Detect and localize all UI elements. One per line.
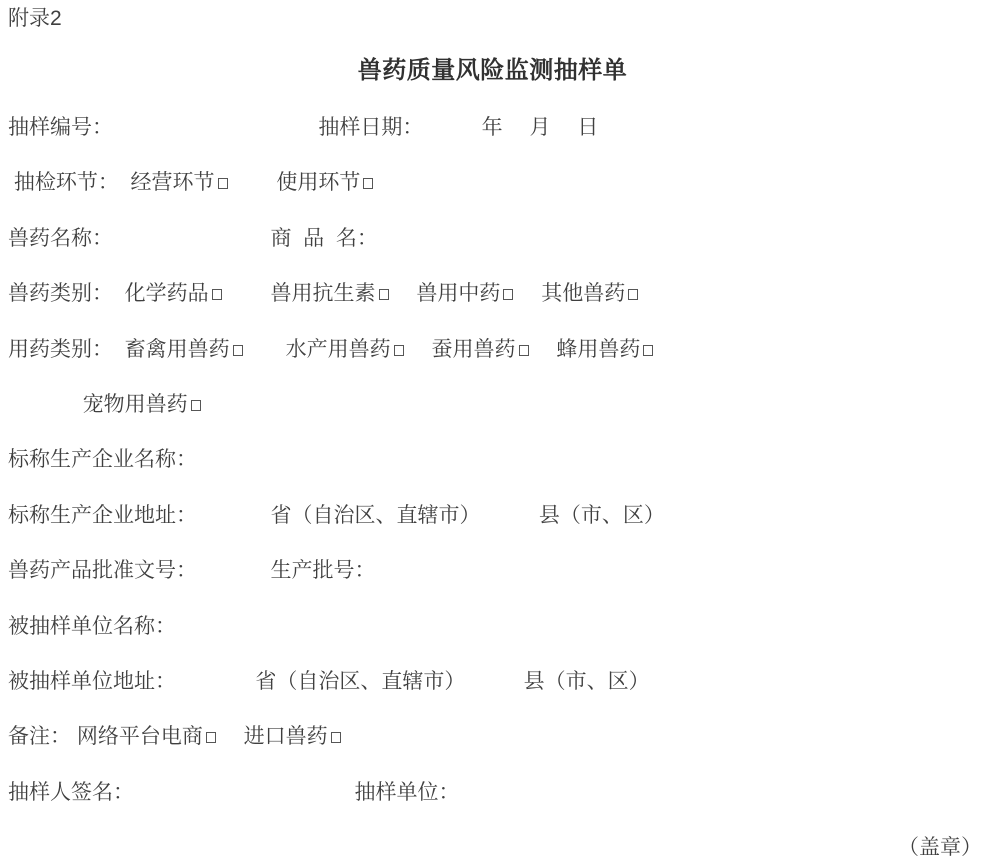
form-text: 水产用兽药 xyxy=(244,338,391,361)
form-text: 抽样编号： 抽样日期： 年 月 日 xyxy=(8,116,598,139)
line-labeled-manufacturer-address: 标称生产企业地址： 省（自治区、直辖市） 县（市、区） xyxy=(8,503,665,529)
checkbox-icon xyxy=(363,178,373,189)
form-text: 用药类别： 畜禽用兽药 xyxy=(8,338,230,361)
form-text: 抽样人签名： 抽样单位： xyxy=(8,781,460,804)
form-text: 其他兽药 xyxy=(514,282,625,305)
stamp-note: （盖章） xyxy=(898,835,982,861)
checkbox-icon xyxy=(218,178,228,189)
form-text: 兽药名称： 商 品 名： xyxy=(8,227,378,250)
checkbox-icon xyxy=(503,289,513,300)
form-text: 标称生产企业名称： xyxy=(8,448,197,471)
page-title: 兽药质量风险监测抽样单 xyxy=(0,57,985,85)
checkbox-icon xyxy=(379,289,389,300)
checkbox-icon xyxy=(191,400,201,411)
line-labeled-manufacturer-name: 标称生产企业名称： xyxy=(8,447,197,473)
appendix-label: 附录2 xyxy=(8,6,62,32)
form-text: 进口兽药 xyxy=(217,725,328,748)
line-sampled-unit-address: 被抽样单位地址： 省（自治区、直辖市） 县（市、区） xyxy=(8,669,650,695)
checkbox-icon xyxy=(519,345,529,356)
line-sample-number-and-date: 抽样编号： 抽样日期： 年 月 日 xyxy=(8,115,598,141)
checkbox-icon xyxy=(233,345,243,356)
form-text: 被抽样单位名称： xyxy=(8,615,176,638)
line-sampler-signature-and-unit: 抽样人签名： 抽样单位： xyxy=(8,780,460,806)
form-text: 兽药类别： 化学药品 xyxy=(8,282,209,305)
line-sampling-stage: 抽检环节： 经营环节 使用环节 xyxy=(8,170,374,196)
form-text: 被抽样单位地址： 省（自治区、直辖市） 县（市、区） xyxy=(8,670,650,693)
document-page: 附录2 兽药质量风险监测抽样单 抽样编号： 抽样日期： 年 月 日 抽检环节： … xyxy=(0,0,985,867)
form-text: 兽药产品批准文号： 生产批号： xyxy=(8,559,376,582)
form-text: 兽用抗生素 xyxy=(223,282,376,305)
form-text: 备注： 网络平台电商 xyxy=(8,725,203,748)
line-usage-category-pet: 宠物用兽药 xyxy=(8,392,202,418)
form-text: 抽检环节： 经营环节 xyxy=(8,171,215,194)
checkbox-icon xyxy=(212,289,222,300)
form-text: 蜂用兽药 xyxy=(530,338,641,361)
checkbox-icon xyxy=(331,732,341,743)
form-text: 蚕用兽药 xyxy=(405,338,516,361)
form-text: 使用环节 xyxy=(229,171,361,194)
checkbox-icon xyxy=(628,289,638,300)
line-drug-name-trade-name: 兽药名称： 商 品 名： xyxy=(8,226,378,252)
checkbox-icon xyxy=(643,345,653,356)
form-text: 标称生产企业地址： 省（自治区、直辖市） 县（市、区） xyxy=(8,504,665,527)
form-text: 宠物用兽药 xyxy=(8,393,188,416)
line-drug-category: 兽药类别： 化学药品 兽用抗生素 兽用中药 其他兽药 xyxy=(8,281,639,307)
line-remarks: 备注： 网络平台电商 进口兽药 xyxy=(8,724,342,750)
line-approval-number-batch-number: 兽药产品批准文号： 生产批号： xyxy=(8,558,376,584)
form-text: 兽用中药 xyxy=(390,282,501,305)
line-sampled-unit-name: 被抽样单位名称： xyxy=(8,614,176,640)
line-usage-category: 用药类别： 畜禽用兽药 水产用兽药 蚕用兽药 蜂用兽药 xyxy=(8,337,654,363)
checkbox-icon xyxy=(206,732,216,743)
checkbox-icon xyxy=(394,345,404,356)
